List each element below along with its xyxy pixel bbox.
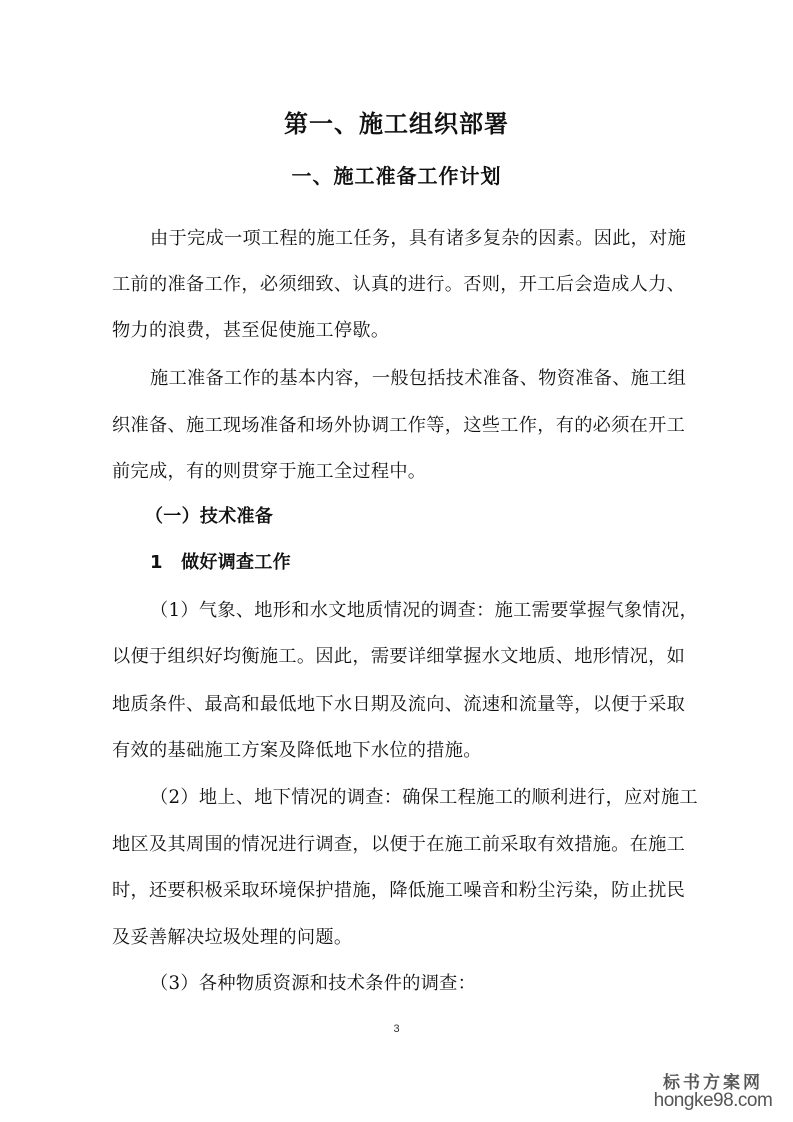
item-1-line-4: 有效的基础施工方案及降低地下水位的措施。 bbox=[112, 736, 482, 762]
subsection-title: （一）技术准备 bbox=[145, 502, 273, 528]
chapter-title: 第一、施工组织部署 bbox=[0, 104, 793, 139]
item-2-line-3: 时，还要积极采取环境保护措施，降低施工噪音和粉尘污染，防止扰民 bbox=[112, 876, 685, 902]
item-2-line-2: 地区及其周围的情况进行调查，以便于在施工前采取有效措施。在施工 bbox=[112, 830, 685, 856]
watermark-url: hongke98.com bbox=[648, 1090, 778, 1112]
item-2-line-1: （2）地上、地下情况的调查：确保工程施工的顺利进行，应对施工 bbox=[150, 783, 698, 809]
page-number: 3 bbox=[0, 1023, 793, 1035]
paragraph-2-line-2: 织准备、施工现场准备和场外协调工作等，这些工作，有的必须在开工 bbox=[112, 411, 685, 437]
paragraph-2-line-1: 施工准备工作的基本内容，一般包括技术准备、物资准备、施工组 bbox=[150, 364, 686, 390]
section-title: 一、施工准备工作计划 bbox=[0, 160, 793, 189]
paragraph-1-line-1: 由于完成一项工程的施工任务，具有诸多复杂的因素。因此，对施 bbox=[150, 224, 686, 250]
item-3-line-1: （3）各种物质资源和技术条件的调查： bbox=[150, 969, 476, 995]
item-1-line-1: （1）气象、地形和水文地质情况的调查：施工需要掌握气象情况， bbox=[150, 596, 698, 622]
item-title: 1 做好调查工作 bbox=[150, 548, 291, 574]
paragraph-1-line-3: 物力的浪费，甚至促使施工停歇。 bbox=[112, 316, 389, 342]
item-2-line-4: 及妥善解决垃圾处理的问题。 bbox=[112, 923, 352, 949]
item-1-line-3: 地质条件、最高和最低地下水日期及流向、流速和流量等，以便于采取 bbox=[112, 690, 685, 716]
item-1-line-2: 以便于组织好均衡施工。因此，需要详细掌握水文地质、地形情况，如 bbox=[112, 642, 685, 668]
paragraph-2-line-3: 前完成，有的则贯穿于施工全过程中。 bbox=[112, 457, 426, 483]
paragraph-1-line-2: 工前的准备工作，必须细致、认真的进行。否则，开工后会造成人力、 bbox=[112, 270, 685, 296]
